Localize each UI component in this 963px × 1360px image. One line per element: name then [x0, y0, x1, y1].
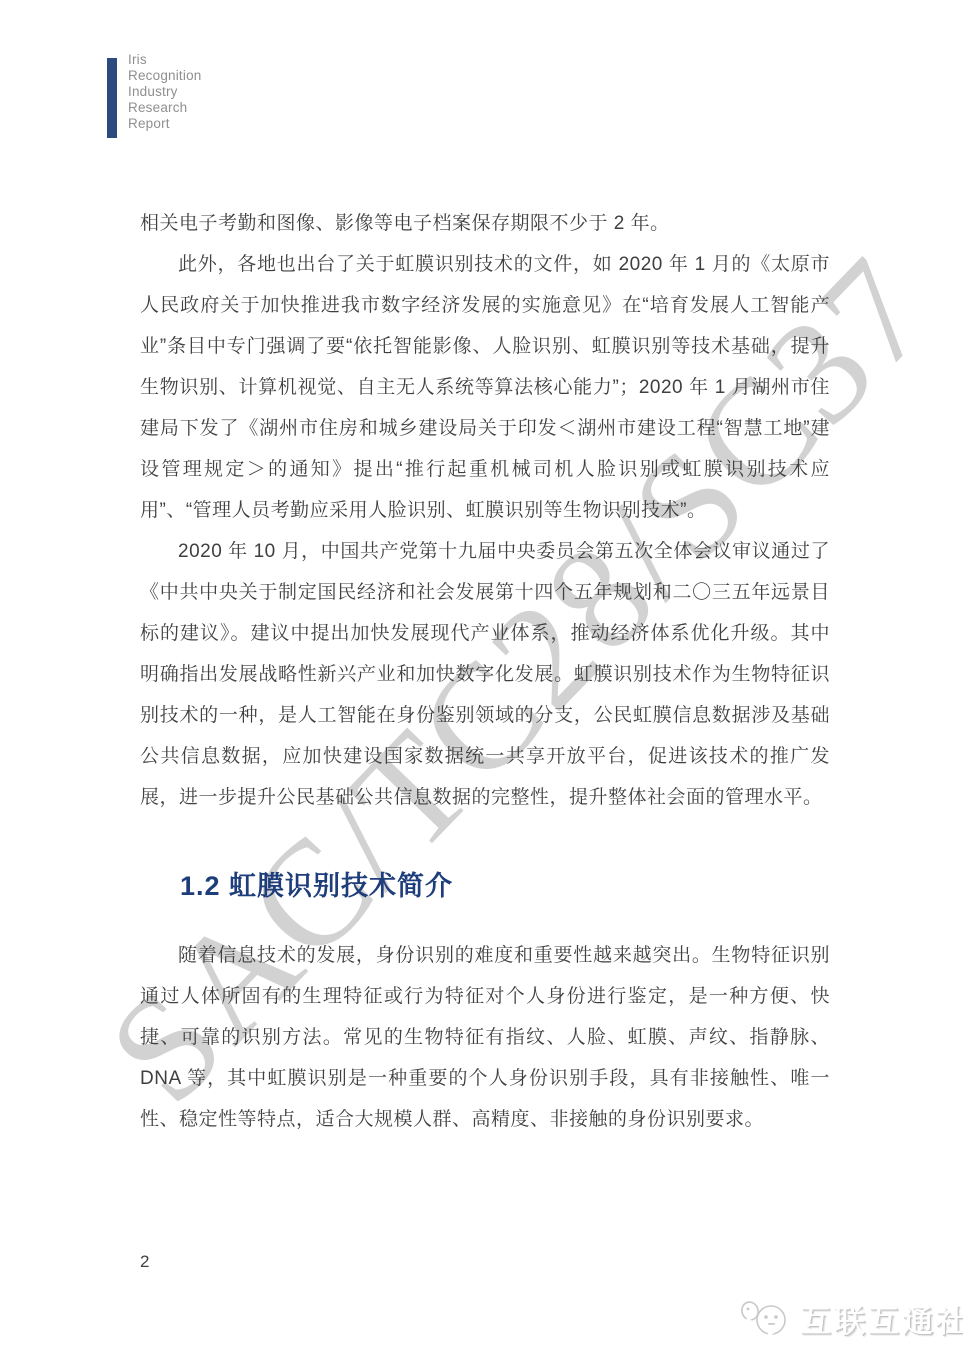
community-brand-label: 互联互通社区 — [800, 1296, 963, 1341]
report-page: SAC/TC28/SC37 Iris Recognition Industry … — [0, 0, 963, 1360]
body-paragraph: 随着信息技术的发展，身份识别的难度和重要性越来越突出。生物特征识别通过人体所固有… — [140, 935, 830, 1140]
document-body: 相关电子考勤和图像、影像等电子档案保存期限不少于 2 年。 此外，各地也出台了关… — [140, 203, 830, 1140]
body-paragraph: 此外，各地也出台了关于虹膜识别技术的文件，如 2020 年 1 月的《太原市人民… — [140, 244, 830, 531]
chat-mascot-icon — [738, 1298, 792, 1340]
header-accent-bar — [107, 58, 117, 138]
page-number: 2 — [140, 1252, 149, 1272]
report-identity-block: Iris Recognition Industry Research Repor… — [107, 52, 202, 138]
report-title-lines: Iris Recognition Industry Research Repor… — [128, 52, 202, 138]
community-brand: 互联互通社区 — [738, 1296, 963, 1341]
report-title-line: Industry — [128, 84, 202, 100]
body-paragraph: 2020 年 10 月，中国共产党第十九届中央委员会第五次全体会议审议通过了《中… — [140, 531, 830, 818]
report-title-line: Research — [128, 100, 202, 116]
report-title-line: Recognition — [128, 68, 202, 84]
report-title-line: Iris — [128, 52, 202, 68]
section-heading: 1.2 虹膜识别技术简介 — [180, 864, 830, 903]
report-title-line: Report — [128, 116, 202, 132]
body-paragraph-continuation: 相关电子考勤和图像、影像等电子档案保存期限不少于 2 年。 — [140, 203, 830, 244]
